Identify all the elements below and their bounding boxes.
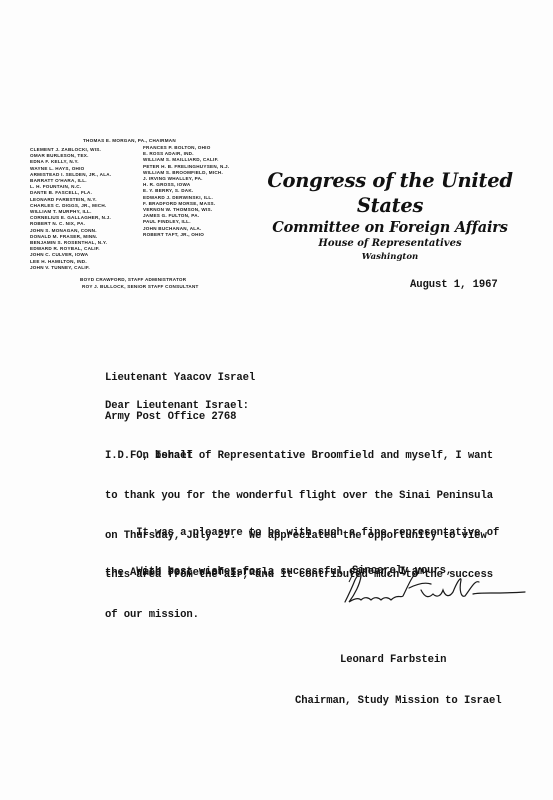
- roster-member: William S. Mailliard, Calif.: [143, 157, 229, 163]
- letterhead-house: House of Representatives: [255, 237, 525, 251]
- salutation: Dear Lieutenant Israel:: [105, 400, 249, 412]
- letterhead-city: Washington: [255, 251, 525, 263]
- roster-column-left: Clement J. Zablocki, Wis. Omar Burleson,…: [30, 147, 111, 271]
- committee-chairman: Thomas E. Morgan, Pa., Chairman: [83, 138, 176, 144]
- letterhead-congress: Congress of the United States: [255, 168, 525, 218]
- signer-name: Leonard Farbstein: [295, 654, 502, 668]
- signature-block: Leonard Farbstein Chairman, Study Missio…: [295, 627, 502, 735]
- staff-member: Roy J. Bullock, Senior Staff Consultant: [80, 283, 199, 290]
- signer-title: Chairman, Study Mission to Israel: [295, 695, 502, 709]
- paragraph-line: On behalf of Representative Broomfield a…: [105, 450, 525, 463]
- letterhead-committee: Committee on Foreign Affairs: [255, 218, 525, 237]
- roster-member: Peter H. B. Frelinghuysen, N.J.: [143, 164, 229, 170]
- letter-date: August 1, 1967: [410, 279, 498, 291]
- roster-column-right: Frances P. Bolton, Ohio E. Ross Adair, I…: [143, 145, 229, 238]
- signature-icon: [325, 568, 535, 614]
- roster-member: Robert Taft, Jr., Ohio: [143, 232, 229, 238]
- letterhead: Congress of the United States Committee …: [255, 168, 525, 263]
- committee-staff: Boyd Crawford, Staff Administrator Roy J…: [80, 276, 199, 290]
- address-line: Army Post Office 2768: [105, 411, 255, 424]
- roster-member: John V. Tunney, Calif.: [30, 265, 111, 271]
- staff-member: Boyd Crawford, Staff Administrator: [80, 276, 199, 283]
- address-line: Lieutenant Yaacov Israel: [105, 372, 255, 385]
- paragraph-line: It was a pleasure to be with such a fine…: [105, 527, 525, 540]
- letter-page: Thomas E. Morgan, Pa., Chairman Clement …: [0, 0, 553, 800]
